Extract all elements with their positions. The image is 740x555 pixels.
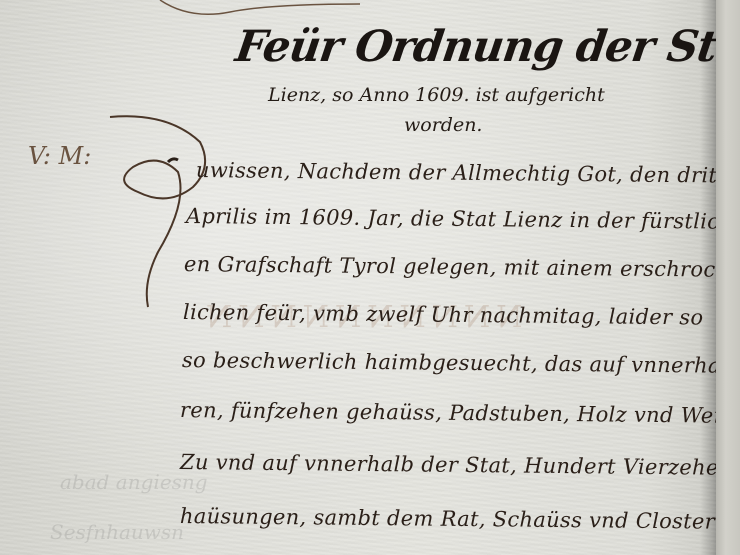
subtitle-line-1: Lienz, so Anno 1609. ist aufgericht [268, 84, 605, 106]
page-title: Feür Ordnung der Statt [232, 22, 740, 72]
text-line-3: en Grafschaft Tyrol gelegen, mit ainem e… [184, 252, 729, 282]
manuscript-page: NNNNNNNNNN abad angiesng Sesfnhauwsn Feü… [0, 0, 716, 555]
subtitle-line-2: worden. [404, 114, 482, 136]
top-flourish [150, 0, 410, 20]
text-line-1: uwissen, Nachdem der Allmechtig Got, den… [196, 158, 740, 188]
text-line-2: Aprilis im 1609. Jar, die Stat Lienz in … [186, 204, 740, 234]
text-line-7: Zu vnd auf vnnerhalb der Stat, Hundert V… [180, 450, 740, 480]
text-line-8: haüsungen, sambt dem Rat, Schaüss vnd Cl… [180, 504, 740, 535]
text-line-5: so beschwerlich haimbgesuecht, das auf v… [182, 348, 740, 379]
adjacent-page-edge [716, 0, 740, 555]
text-line-6: ren, fünfzehen gehaüss, Padstuben, Holz … [180, 398, 740, 428]
faded-writing: Sesfnhauwsn [50, 520, 184, 544]
margin-note: V: M: [28, 142, 91, 170]
